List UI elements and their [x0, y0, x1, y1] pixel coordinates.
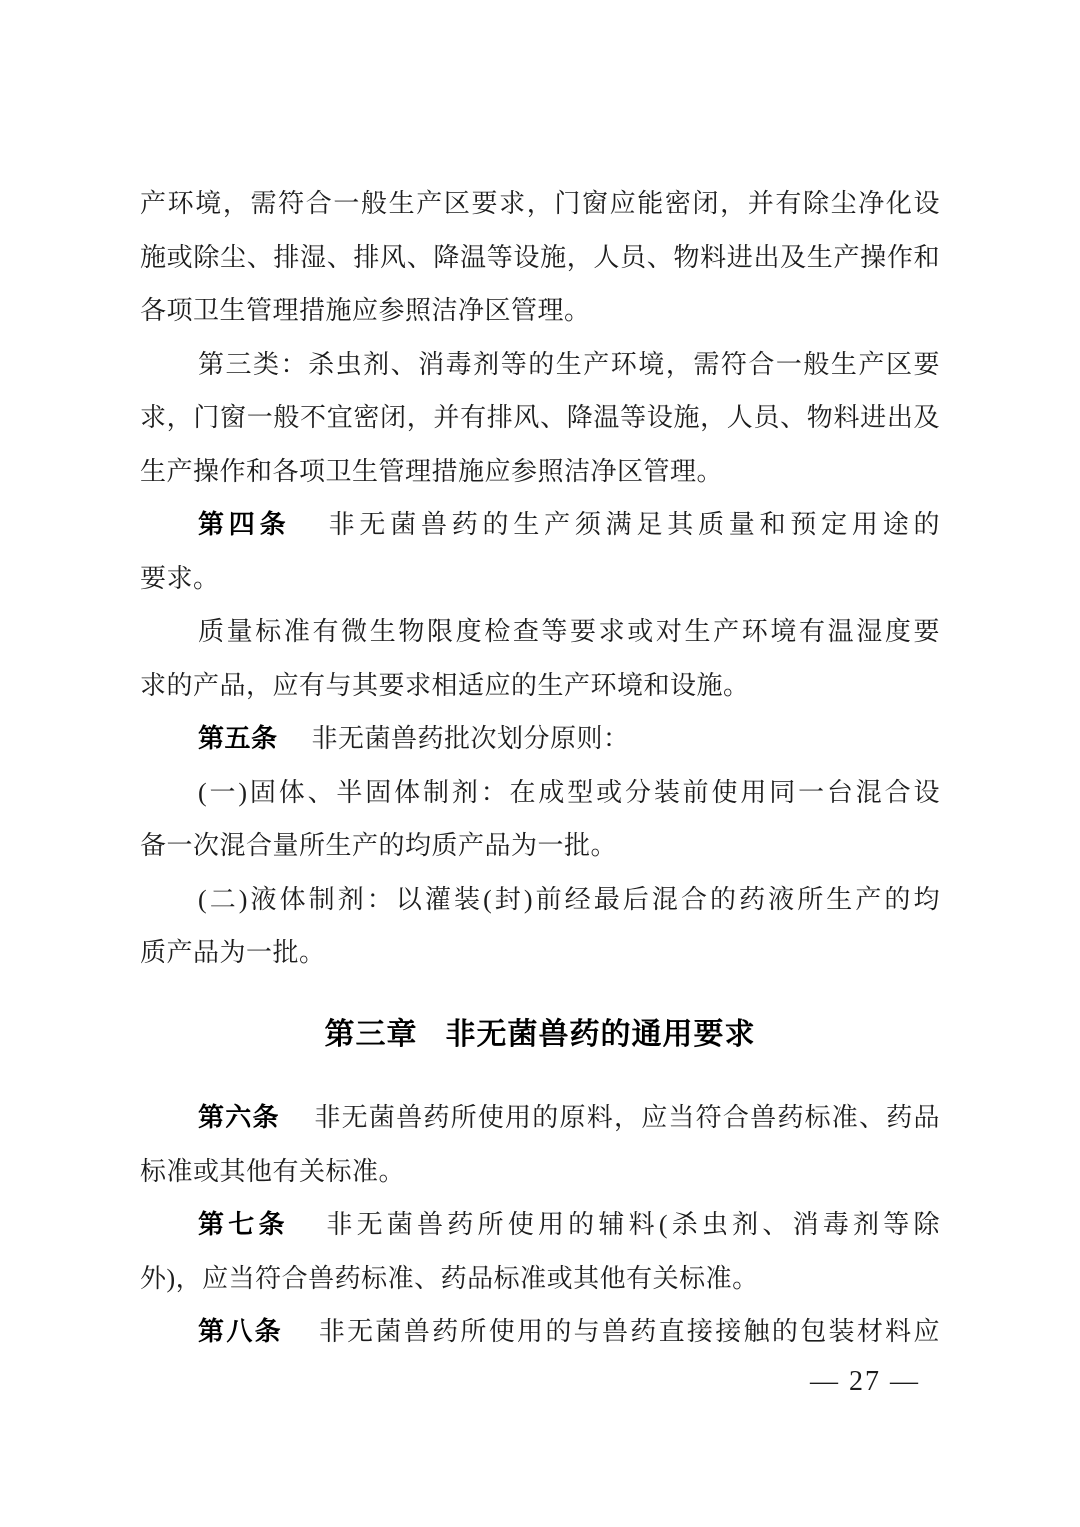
article-number: 第四条 [198, 509, 290, 539]
article-gap [289, 1232, 323, 1233]
body-line: 产环境，需符合一般生产区要求，门窗应能密闭，并有除尘净化设 [140, 177, 940, 231]
document-body: 产环境，需符合一般生产区要求，门窗应能密闭，并有除尘净化设 施或除尘、排湿、排风… [140, 177, 940, 1359]
body-line-article-4: 第四条非无菌兽药的生产须满足其质量和预定用途的 [140, 498, 940, 552]
line-text: 非无菌兽药所使用的原料，应当符合兽药标准、药品 [314, 1103, 940, 1132]
body-line: 求，门窗一般不宜密闭，并有排风、降温等设施，人员、物料进出及 [140, 391, 940, 445]
body-line: (二)液体制剂：以灌装(封)前经最后混合的药液所生产的均 [140, 873, 940, 927]
body-line: 外)，应当符合兽药标准、药品标准或其他有关标准。 [140, 1252, 940, 1306]
chapter-title: 非无菌兽药的通用要求 [446, 1018, 756, 1051]
body-line: 备一次混合量所生产的均质产品为一批。 [140, 819, 940, 873]
body-line: 标准或其他有关标准。 [140, 1145, 940, 1199]
body-line: 各项卫生管理措施应参照洁净区管理。 [140, 284, 940, 338]
article-number: 第六条 [198, 1102, 280, 1132]
body-line: 质产品为一批。 [140, 926, 940, 980]
chapter-heading: 第三章非无菌兽药的通用要求 [140, 1008, 940, 1062]
line-text: 非无菌兽药所使用的辅料(杀虫剂、消毒剂等除 [323, 1210, 940, 1239]
body-line-article-8: 第八条非无菌兽药所使用的与兽药直接接触的包装材料应 [140, 1305, 940, 1359]
body-line: 要求。 [140, 552, 940, 606]
article-gap [280, 1125, 314, 1126]
article-number: 第八条 [198, 1316, 283, 1346]
line-text: 非无菌兽药的生产须满足其质量和预定用途的 [324, 510, 940, 539]
body-line-article-6: 第六条非无菌兽药所使用的原料，应当符合兽药标准、药品 [140, 1091, 940, 1145]
line-text: 非无菌兽药所使用的与兽药直接接触的包装材料应 [317, 1317, 940, 1346]
body-line: 生产操作和各项卫生管理措施应参照洁净区管理。 [140, 445, 940, 499]
body-line-article-5: 第五条非无菌兽药批次划分原则： [140, 712, 940, 766]
body-line: 第三类：杀虫剂、消毒剂等的生产环境，需符合一般生产区要 [140, 338, 940, 392]
heading-gap [418, 1043, 446, 1044]
article-gap [290, 532, 324, 533]
body-line: 施或除尘、排湿、排风、降温等设施，人员、物料进出及生产操作和 [140, 231, 940, 285]
article-gap [283, 1339, 317, 1340]
article-number: 第七条 [198, 1209, 289, 1239]
body-line-article-7: 第七条非无菌兽药所使用的辅料(杀虫剂、消毒剂等除 [140, 1198, 940, 1252]
body-line: 质量标准有微生物限度检查等要求或对生产环境有温湿度要 [140, 605, 940, 659]
body-line: 求的产品，应有与其要求相适应的生产环境和设施。 [140, 659, 940, 713]
page-number: — 27 — [810, 1366, 920, 1398]
document-page: 产环境，需符合一般生产区要求，门窗应能密闭，并有除尘净化设 施或除尘、排湿、排风… [0, 0, 1080, 1527]
article-number: 第五条 [198, 723, 278, 753]
article-gap [278, 746, 312, 747]
body-line: (一)固体、半固体制剂：在成型或分装前使用同一台混合设 [140, 766, 940, 820]
line-text: 非无菌兽药批次划分原则： [312, 724, 630, 753]
chapter-number: 第三章 [325, 1018, 418, 1051]
